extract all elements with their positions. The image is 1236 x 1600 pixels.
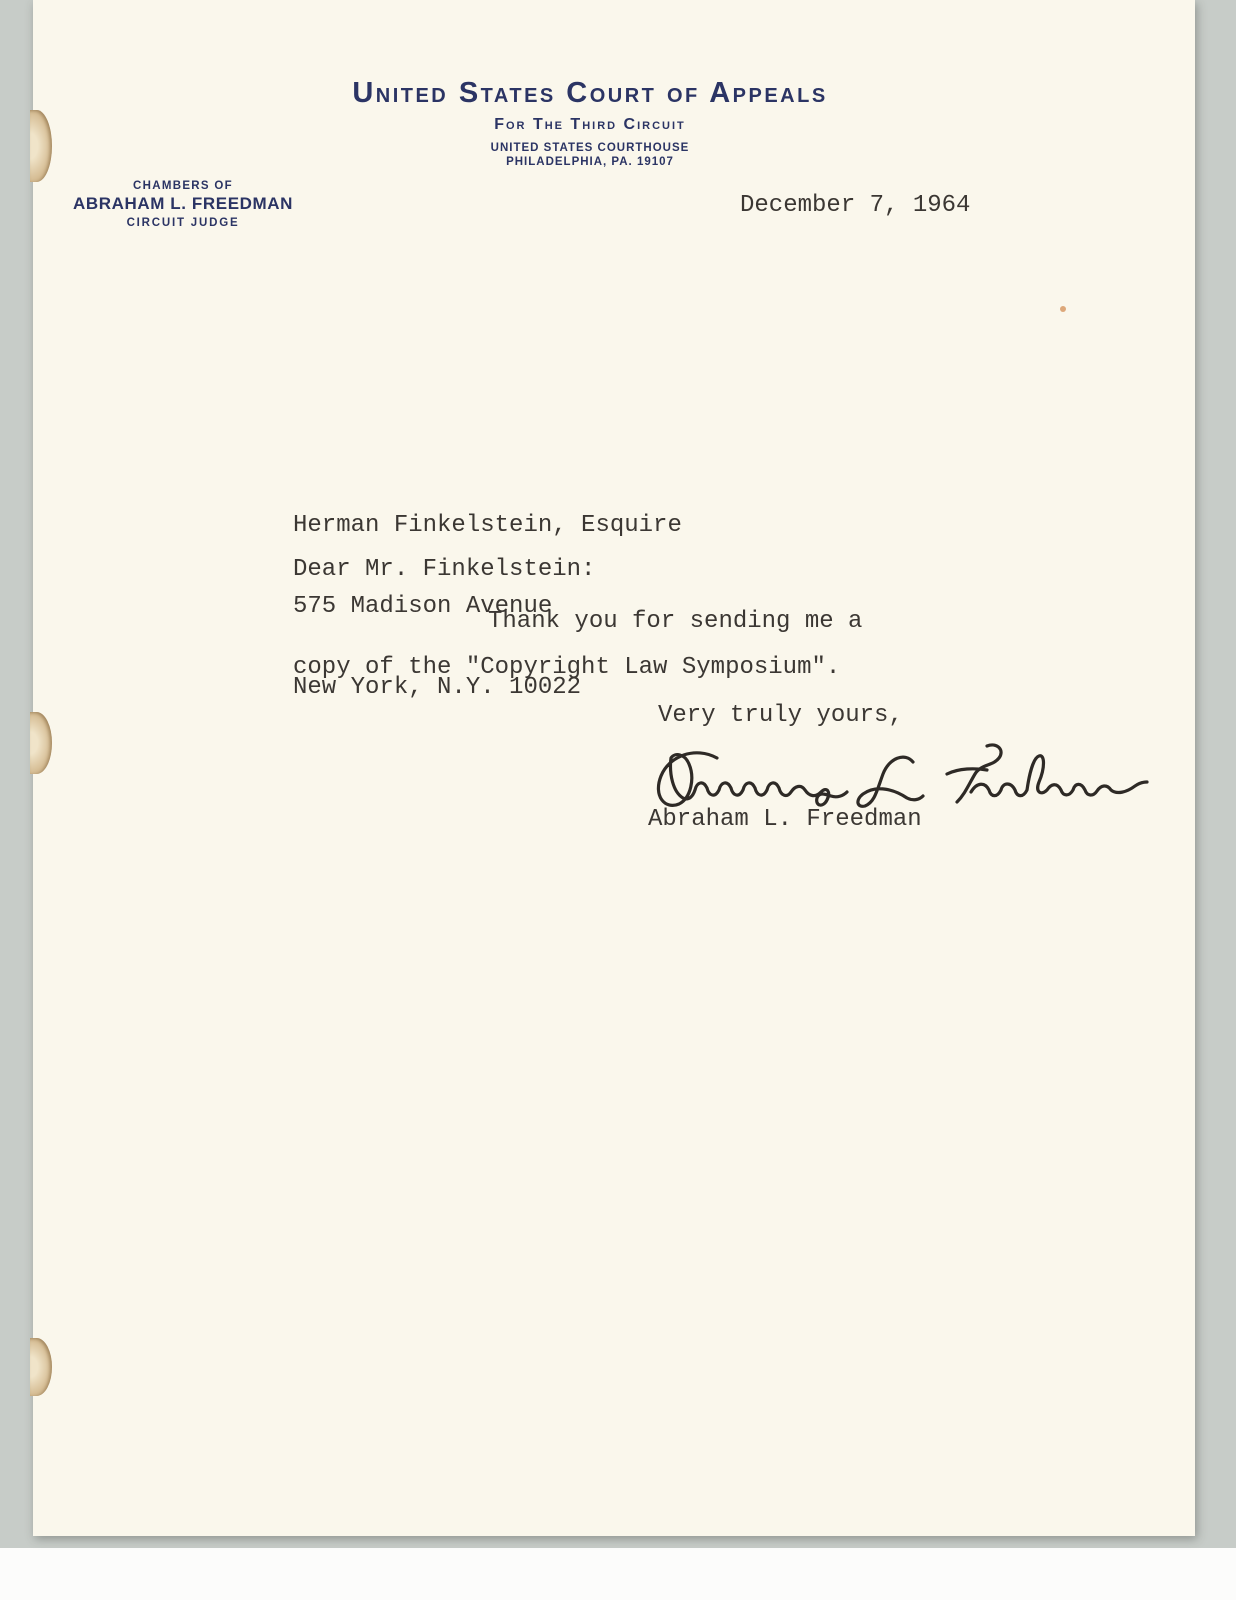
chambers-of-label: CHAMBERS OF (63, 180, 303, 192)
paper-speck (1060, 306, 1066, 312)
courthouse-city-line: PHILADELPHIA, PA. 19107 (33, 156, 1147, 168)
scanned-letter-canvas: United States Court of Appeals For The T… (0, 0, 1236, 1600)
court-name: United States Court of Appeals (33, 78, 1147, 108)
body-line-1: Thank you for sending me a (488, 608, 862, 635)
body-line-2: copy of the "Copyright Law Symposium". (293, 654, 840, 681)
date-line: December 7, 1964 (740, 192, 970, 219)
recipient-address: Herman Finkelstein, Esquire 575 Madison … (293, 458, 682, 755)
circuit-line: For The Third Circuit (33, 116, 1147, 134)
typed-signature-name: Abraham L. Freedman (648, 806, 922, 833)
judge-title: CIRCUIT JUDGE (63, 217, 303, 229)
binder-hole-bottom (30, 1338, 52, 1396)
recipient-name: Herman Finkelstein, Esquire (293, 512, 682, 539)
binder-hole-middle (30, 712, 52, 774)
letter-page: United States Court of Appeals For The T… (33, 0, 1195, 1536)
chambers-block: CHAMBERS OF ABRAHAM L. FREEDMAN CIRCUIT … (63, 180, 303, 229)
salutation: Dear Mr. Finkelstein: (293, 556, 595, 583)
valediction: Very truly yours, (658, 702, 903, 729)
courthouse-line: UNITED STATES COURTHOUSE (33, 142, 1147, 154)
letterhead: United States Court of Appeals For The T… (33, 78, 1147, 168)
judge-name: ABRAHAM L. FREEDMAN (63, 194, 303, 214)
